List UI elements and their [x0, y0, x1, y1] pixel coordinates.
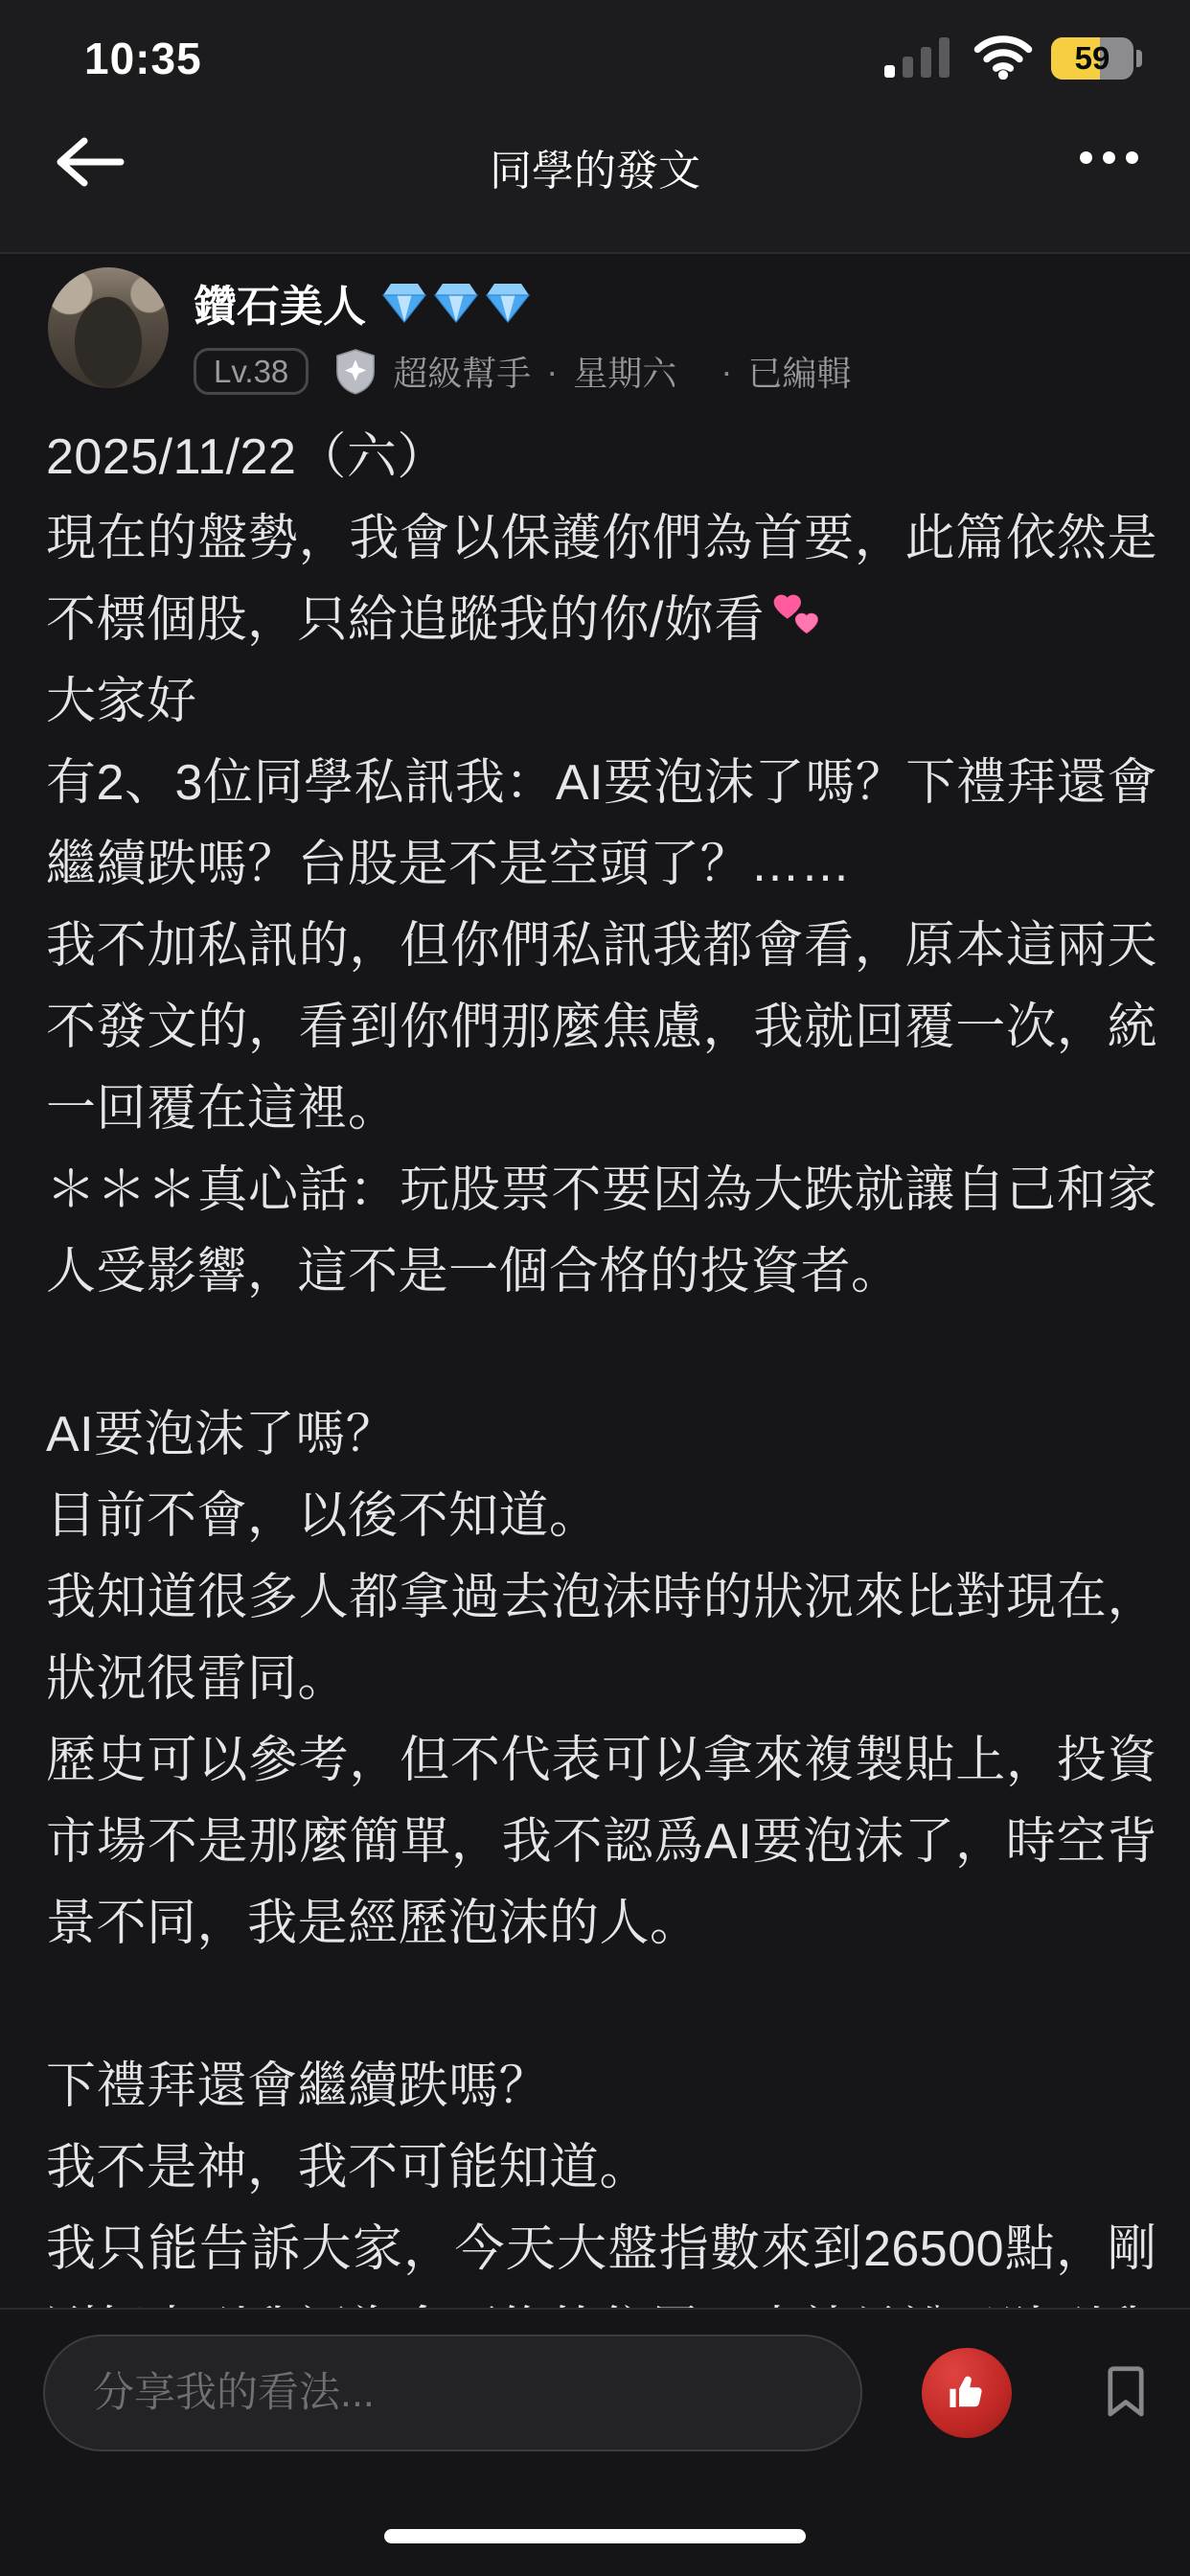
status-time: 10:35	[84, 33, 202, 84]
cellular-signal-icon	[884, 34, 955, 83]
status-icons: 59	[884, 34, 1142, 84]
comment-bar	[0, 2308, 1190, 2576]
battery-percent: 59	[1075, 40, 1110, 77]
post-paragraph: 我知道很多人都拿過去泡沫時的狀況來比對現在，狀況很雷同。	[46, 1557, 1157, 1720]
post-paragraph: 下禮拜還會繼續跌嗎？	[46, 2046, 1157, 2127]
post-body: 2025/11/22（六）現在的盤勢，我會以保護你們為首要，此篇依然是不標個股，…	[0, 417, 1190, 2310]
author-gems	[381, 282, 531, 324]
post-paragraph	[46, 1965, 1157, 2046]
author-name[interactable]: 鑽石美人	[194, 271, 366, 333]
app-screen: 10:35	[0, 0, 1190, 2576]
ellipsis-icon	[1080, 151, 1092, 164]
page-title: 同學的發文	[490, 136, 700, 197]
author-meta: Lv.38 超級幫手 · 星期六 · 已編輯	[194, 347, 851, 396]
post-paragraph: 歷史可以參考，但不代表可以拿來複製貼上，投資市場不是那麼簡單，我不認爲AI要泡沫…	[46, 1720, 1157, 1965]
avatar[interactable]	[48, 267, 169, 388]
back-arrow-icon	[54, 178, 126, 193]
post-paragraph: ＊＊＊真心話：玩股票不要因為大跌就讓自己和家人受影響，這不是一個合格的投資者。	[46, 1150, 1157, 1313]
home-indicator[interactable]	[384, 2529, 806, 2543]
wifi-icon	[973, 34, 1034, 84]
edited-label: 已編輯	[747, 347, 851, 396]
post-day-label: 星期六	[573, 347, 676, 396]
comment-input[interactable]	[43, 2334, 862, 2451]
like-button[interactable]	[922, 2348, 1012, 2438]
post-paragraph: 目前不會，以後不知道。	[46, 1476, 1157, 1557]
back-button[interactable]	[44, 125, 136, 202]
level-badge: Lv.38	[194, 348, 309, 395]
post-paragraph: 我只能告訴大家，今天大盤指數來到26500點，剛剛好來到我認為會下修的位置，也就…	[46, 2209, 1157, 2310]
post-paragraph	[46, 1313, 1157, 1394]
post-paragraph: 大家好	[46, 661, 1157, 743]
post-paragraph: 2025/11/22（六）	[46, 417, 1157, 498]
post-paragraph: 我不加私訊的，但你們私訊我都會看，原本這兩天不發文的，看到你們那麼焦慮，我就回覆…	[46, 906, 1157, 1150]
top-bar: 10:35	[0, 0, 1190, 254]
shield-icon	[333, 348, 378, 396]
thumbs-up-icon	[944, 2369, 990, 2418]
status-bar: 10:35	[0, 25, 1190, 92]
helper-badge-label: 超級幫手	[393, 347, 531, 396]
nav-bar: 同學的發文	[0, 113, 1190, 220]
two-hearts-icon	[770, 592, 826, 642]
post-paragraph: 有2、3位同學私訊我：AI要泡沫了嗎？下禮拜還會繼續跌嗎？台股是不是空頭了？……	[46, 743, 1157, 906]
post-container: 鑽石美人 Lv.38	[0, 254, 1190, 2310]
author-header: 鑽石美人 Lv.38	[0, 254, 1190, 396]
more-button[interactable]	[1070, 142, 1148, 173]
post-paragraph: 我不是神，我不可能知道。	[46, 2127, 1157, 2209]
bookmark-icon	[1102, 2407, 1150, 2422]
bookmark-button[interactable]	[1094, 2357, 1157, 2429]
post-paragraph: AI要泡沫了嗎？	[46, 1394, 1157, 1476]
post-paragraph: 現在的盤勢，我會以保護你們為首要，此篇依然是不標個股，只給追蹤我的你/妳看	[46, 498, 1157, 661]
battery-icon: 59	[1051, 37, 1142, 80]
